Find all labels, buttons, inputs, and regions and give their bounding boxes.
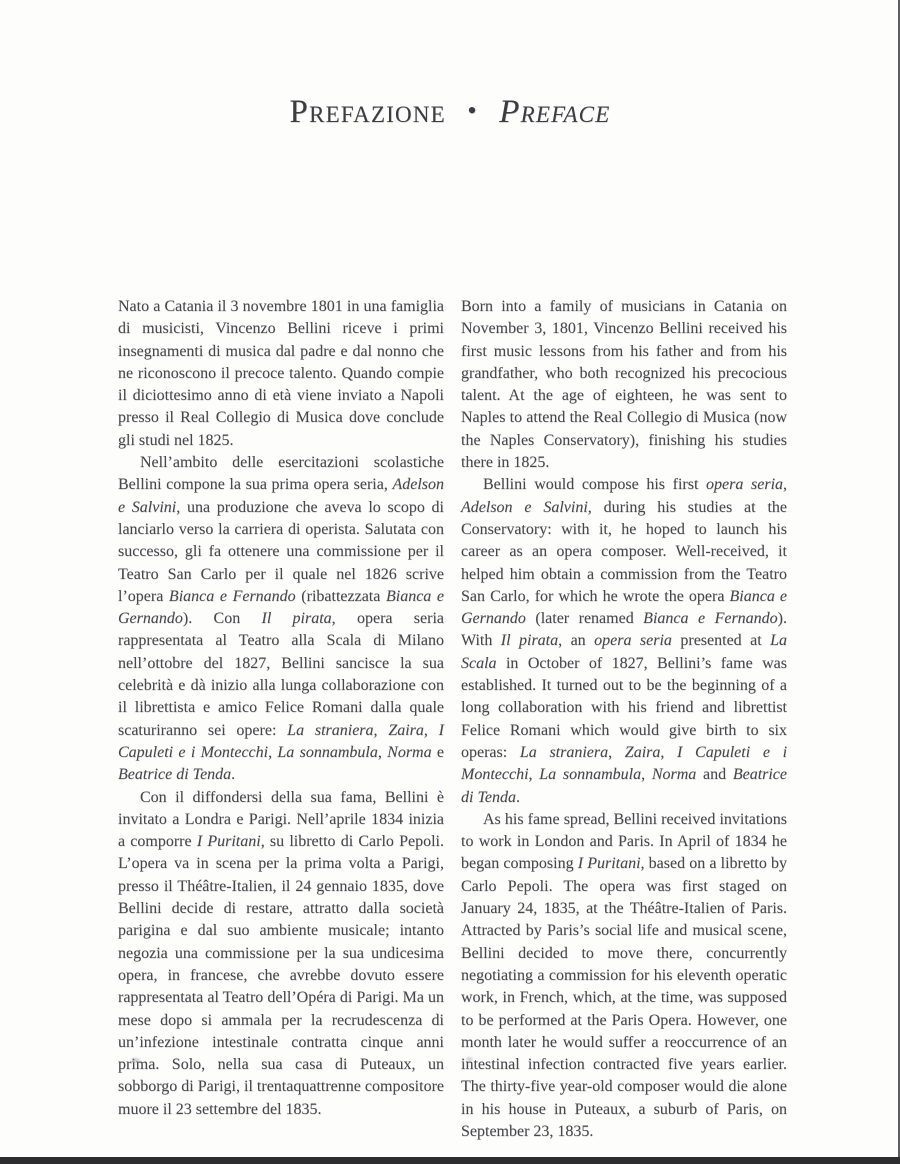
paragraph: Nato a Catania il 3 novembre 1801 in una…: [118, 296, 444, 452]
column-english: Born into a family of musicians in Catan…: [461, 296, 787, 1143]
title-italian: Prefazione: [290, 94, 446, 130]
paragraph: Con il diffondersi della sua fama, Belli…: [118, 787, 444, 1121]
two-column-text: Nato a Catania il 3 novembre 1801 in una…: [118, 296, 788, 1143]
scan-edge-bar-bottom: [0, 1157, 900, 1164]
page-title: Prefazione • Preface: [0, 94, 900, 131]
scanned-preface-page: Prefazione • Preface Nato a Catania il 3…: [0, 0, 900, 1164]
paragraph: Bellini would compose his first opera se…: [461, 474, 787, 808]
paragraph: As his fame spread, Bellini received inv…: [461, 809, 787, 1143]
title-bullet-separator: •: [467, 95, 477, 126]
paragraph: Born into a family of musicians in Catan…: [461, 296, 787, 474]
paragraph: Nell’ambito delle esercitazioni scolasti…: [118, 452, 444, 786]
title-english: Preface: [499, 94, 610, 130]
ink-speck: [131, 1058, 140, 1063]
column-italian: Nato a Catania il 3 novembre 1801 in una…: [118, 296, 444, 1143]
ink-speck: [466, 1057, 473, 1061]
